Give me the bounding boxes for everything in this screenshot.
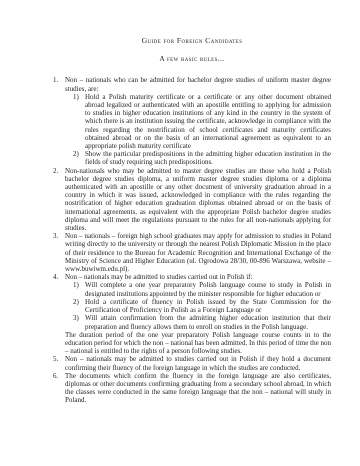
sub-item-number: 1) [73, 281, 85, 289]
sub-item-number: 2) [73, 150, 85, 158]
sub-list-item: 2) Hold a certificate of fluency in Poli… [73, 298, 331, 314]
continuation-paragraph: The duration period of the one year prep… [65, 331, 331, 356]
sub-item-number: 1) [73, 93, 85, 101]
list-item-2: 2. Non-nationals who may be admitted to … [53, 167, 331, 233]
item-text: Non – nationals – foreign high school gr… [65, 232, 331, 273]
item-number: 3. [53, 232, 65, 240]
sub-list: 1) Hold a Polish maturity certificate or… [65, 93, 331, 167]
sub-list-item: 2) Show the particular predispositions i… [73, 150, 331, 166]
sub-list-item: 1) Will complete a one year preparatory … [73, 281, 331, 297]
sub-item-text: Show the particular predispositions in t… [85, 150, 331, 166]
sub-item-text: Hold a certificate of fluency in Polish … [85, 298, 331, 314]
item-text: Non – nationals who can be admitted for … [65, 76, 331, 92]
item-number: 1. [53, 76, 65, 84]
item-number: 2. [53, 167, 65, 175]
item-number: 6. [53, 372, 65, 380]
list-item-1: 1. Non – nationals who can be admitted f… [53, 76, 331, 166]
sub-list-item: 1) Hold a Polish maturity certificate or… [73, 93, 331, 150]
document-subtitle: A few basic rules... [53, 55, 331, 63]
sub-list: 1) Will complete a one year preparatory … [65, 281, 331, 330]
sub-item-number: 3) [73, 314, 85, 322]
sub-list-item: 3) Will attain confirmation from the adm… [73, 314, 331, 330]
rules-list: 1. Non – nationals who can be admitted f… [53, 76, 331, 404]
item-text: Non – nationals may be admitted to studi… [65, 273, 331, 281]
sub-item-text: Will attain confirmation from the admitt… [85, 314, 331, 330]
sub-item-text: Hold a Polish maturity certificate or a … [85, 93, 331, 150]
item-text: The documents which confirm the fluency … [65, 372, 331, 405]
item-text: Non – nationals may be admitted to studi… [65, 355, 331, 371]
sub-item-number: 2) [73, 298, 85, 306]
list-item-3: 3. Non – nationals – foreign high school… [53, 232, 331, 273]
document-page: Guide for Foreign Candidates A few basic… [0, 0, 360, 466]
list-item-4: 4. Non – nationals may be admitted to st… [53, 273, 331, 355]
list-item-6: 6. The documents which confirm the fluen… [53, 372, 331, 405]
list-item-5: 5. Non – nationals may be admitted to st… [53, 355, 331, 371]
item-number: 5. [53, 355, 65, 363]
item-text: Non-nationals who may be admitted to mas… [65, 167, 331, 233]
item-number: 4. [53, 273, 65, 281]
document-title: Guide for Foreign Candidates [53, 37, 331, 45]
sub-item-text: Will complete a one year preparatory Pol… [85, 281, 331, 297]
